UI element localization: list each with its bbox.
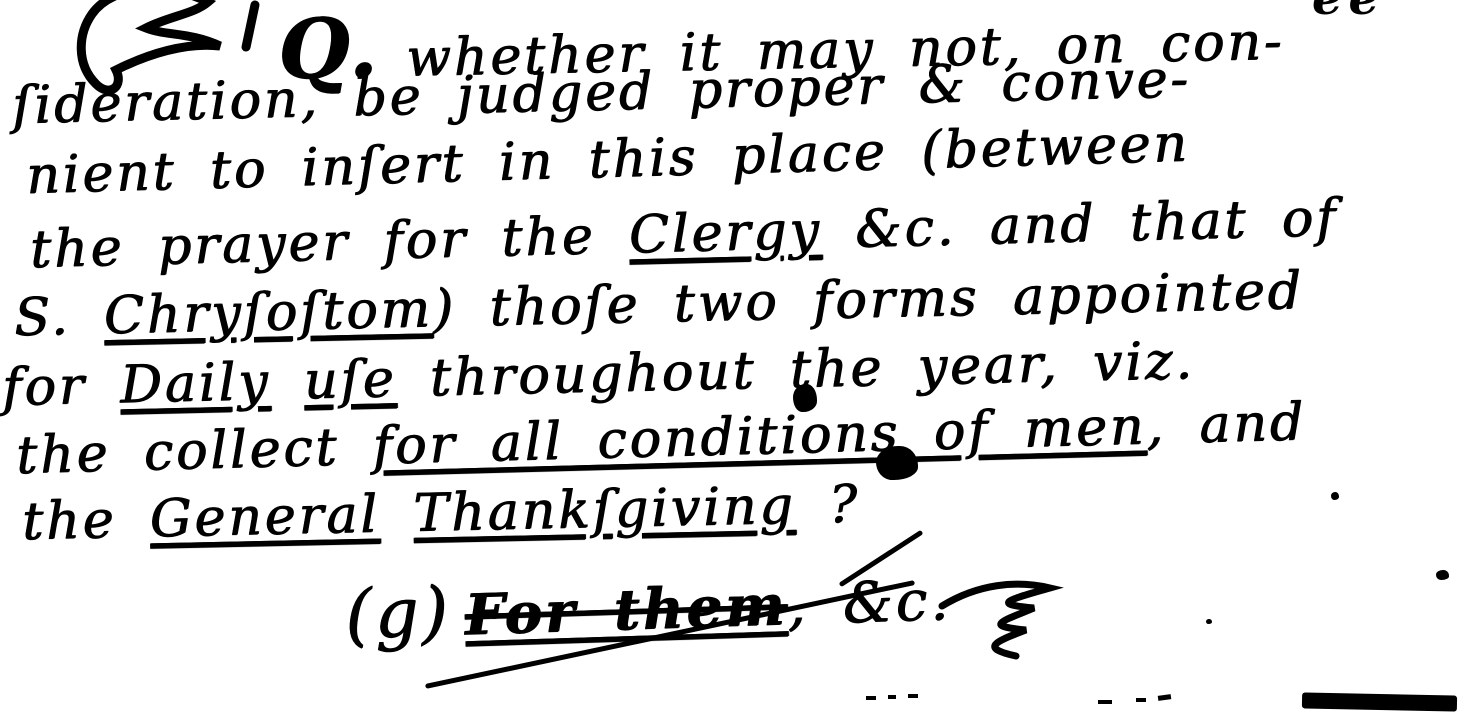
bottom-dash-1 [866, 696, 876, 700]
word-general: General [149, 485, 380, 550]
ink-speck-1 [1331, 492, 1339, 500]
word-clergy: Clergy [628, 201, 822, 266]
manuscript-line-8: the General Thankſgiving ? [21, 474, 860, 552]
ink-speck-3 [1206, 619, 1212, 624]
bottom-dash-5 [1136, 698, 1146, 702]
line-4-text-a: the prayer for the [29, 205, 629, 280]
word-use: uſe [303, 349, 397, 411]
manuscript-page: ee Q.whether it may not, on con- ſiderat… [0, 0, 1469, 713]
line-8-text-a: the [21, 489, 150, 552]
line-5-text-b: ) thoſe two forms appointed [432, 261, 1304, 339]
line-8-text-b: ? [795, 474, 861, 535]
line-7-text-b: , and [1145, 392, 1306, 456]
word-chrysostom: Chryſoſtom [103, 279, 433, 346]
ink-blot-throughout [793, 384, 817, 412]
line-4-text-b: &c. and that of [821, 188, 1339, 261]
ink-blot-conditions [876, 446, 918, 480]
ink-bar [1302, 692, 1457, 711]
cutoff-word-fragment: ee [1312, 0, 1385, 26]
line-7-text-a: the collect [15, 417, 373, 486]
line-6-text-a: for [1, 355, 120, 418]
line-6-space [270, 351, 305, 412]
bottom-dash-4 [1098, 700, 1112, 704]
feather-flourish-icon [938, 578, 1058, 673]
phrase-for-them: For them [464, 572, 788, 648]
bottom-dash-2 [888, 695, 896, 699]
bottom-dash-6 [1158, 694, 1172, 701]
phrase-for-all-conditions-of-men: for all conditions of men [372, 396, 1147, 476]
marginal-letter: (g) [344, 573, 452, 655]
line-5-text-a: S. [13, 286, 104, 348]
bottom-dash-3 [908, 694, 918, 698]
word-daily: Daily [119, 352, 271, 415]
line-8-space [379, 484, 414, 545]
ink-speck-2 [1436, 570, 1449, 580]
word-thanksgiving: Thankſgiving [413, 476, 796, 544]
